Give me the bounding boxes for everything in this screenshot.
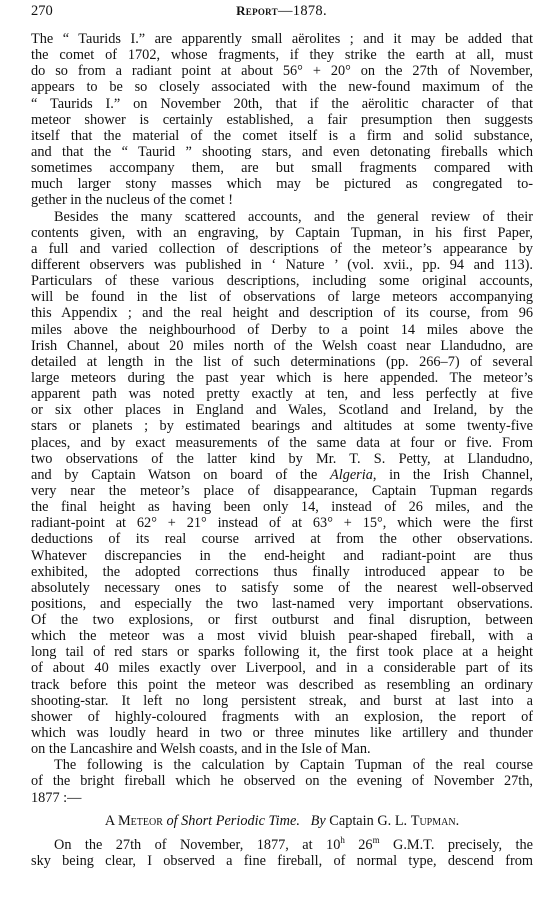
text-line: which was loudly heard in two or three m… xyxy=(31,725,533,741)
text-line: very near the meteor’s place of disappea… xyxy=(31,483,533,499)
text-line: The following is the calculation by Capt… xyxy=(31,757,533,773)
heading-meteor: Meteor xyxy=(118,813,163,829)
heading-author-prefix: Captain G. L. xyxy=(326,813,411,829)
text-line: “ Taurids I.” on November 20th, that if … xyxy=(31,96,533,112)
heading-by: By xyxy=(311,813,326,829)
paragraph: The following is the calculation by Capt… xyxy=(31,757,533,805)
text-line: Besides the many scattered accounts, and… xyxy=(31,209,533,225)
text-line: shooting-star. It left no long persisten… xyxy=(31,693,533,709)
section-line-1-part-b: 26 xyxy=(345,837,373,853)
text-line: two observations of the latter kind by M… xyxy=(31,451,533,467)
document-page: 270 Report—1878. The “ Taurids I.” are a… xyxy=(0,0,550,900)
text-line: apparent path was noted pretty exactly a… xyxy=(31,386,533,402)
text-line: detailed at length in the list of such d… xyxy=(31,354,533,370)
text-line: will be found in the list of observation… xyxy=(31,289,533,305)
body-text: The “ Taurids I.” are apparently small a… xyxy=(31,31,533,806)
heading-author-surname: Tupman xyxy=(411,813,456,829)
text-line: positions, and especially the two last-n… xyxy=(31,596,533,612)
text-line: or six other places in England and Wales… xyxy=(31,402,533,418)
section-body: On the 27th of November, 1877, at 10h 26… xyxy=(31,837,533,869)
text-line: of about 40 miles exactly over Liverpool… xyxy=(31,660,533,676)
text-line: places, and by exact measurements of the… xyxy=(31,435,533,451)
text-line: itself that the material of the comet it… xyxy=(31,128,533,144)
section-line-1-part-a: On the 27th of November, 1877, at 10 xyxy=(54,837,340,853)
section-heading: A Meteor of Short Periodic Time. By Capt… xyxy=(31,812,533,830)
running-title: Report—1878. xyxy=(31,1,532,21)
text-line: The “ Taurids I.” are apparently small a… xyxy=(31,31,533,47)
text-line: the final height as having been only 14,… xyxy=(31,499,533,515)
text-line: shower of highly-coloured fragments with… xyxy=(31,709,533,725)
text-line: do so from a radiant point at about 56° … xyxy=(31,63,533,79)
text-line: and that the “ Taurid ” shooting stars, … xyxy=(31,144,533,160)
text-line: large meteors during the past year which… xyxy=(31,370,533,386)
text-line: sometimes accompany them, are but small … xyxy=(31,160,533,176)
text-line: radiant-point at 62° + 21° instead of at… xyxy=(31,515,533,531)
heading-end: . xyxy=(456,813,460,829)
text-line: long tail of red stars or sparks followi… xyxy=(31,644,533,660)
text-line: a full and varied collection of descript… xyxy=(31,241,533,257)
section-line-1-part-c: G.M.T. precisely, the xyxy=(380,837,533,853)
heading-article: A xyxy=(105,813,118,829)
text-line: on the Lancashire and Welsh coasts, and … xyxy=(31,741,533,757)
text-line: absolutely necessary ones to satisfy som… xyxy=(31,580,533,596)
superscript-minutes: m xyxy=(373,835,380,845)
section-line-2: sky being clear, I observed a fine fireb… xyxy=(31,853,533,869)
text-line: this Appendix ; and the real height and … xyxy=(31,305,533,321)
text-line: and by Captain Watson on board of the Al… xyxy=(31,467,533,483)
text-line: of the bright fireball which he observed… xyxy=(31,773,533,789)
paragraph: The “ Taurids I.” are apparently small a… xyxy=(31,31,533,209)
text-line: Of the two explosions, or first outburst… xyxy=(31,612,533,628)
text-line: deductions of its real course arrived at… xyxy=(31,531,533,547)
heading-title-italic: of Short Periodic Time. xyxy=(163,813,300,829)
text-line: meteor shower is certainly established, … xyxy=(31,112,533,128)
text-line: different observers was published in ‘ N… xyxy=(31,257,533,273)
running-head: 270 Report—1878. xyxy=(31,1,532,21)
text-line: Irish Channel, about 20 miles north of t… xyxy=(31,338,533,354)
italic-text: Algeria xyxy=(330,467,373,483)
text-line: much larger stony masses which may be pi… xyxy=(31,176,533,192)
text-line: track before this point the meteor was d… xyxy=(31,677,533,693)
text-line: exhibited, the adopted corrections thus … xyxy=(31,564,533,580)
text-line: stars or planets ; by estimated bearings… xyxy=(31,418,533,434)
text-line: contents given, with an engraving, by Ca… xyxy=(31,225,533,241)
running-title-word: Report xyxy=(236,3,278,18)
text-line: Whatever discrepancies in the end-height… xyxy=(31,548,533,564)
text-line: 1877 :— xyxy=(31,790,533,806)
text-line: the comet of 1702, whose fragments, if t… xyxy=(31,47,533,63)
text-line: Particulars of these various description… xyxy=(31,273,533,289)
text-line: gether in the nucleus of the comet ! xyxy=(31,192,533,208)
section-line-1: On the 27th of November, 1877, at 10h 26… xyxy=(31,837,533,853)
text-line: miles above the neighbourhood of Derby t… xyxy=(31,322,533,338)
running-title-year: —1878. xyxy=(278,3,327,19)
text-line: which the meteor was a most vivid bluish… xyxy=(31,628,533,644)
text-line: appears to be so closely associated with… xyxy=(31,79,533,95)
paragraph: Besides the many scattered accounts, and… xyxy=(31,209,533,758)
